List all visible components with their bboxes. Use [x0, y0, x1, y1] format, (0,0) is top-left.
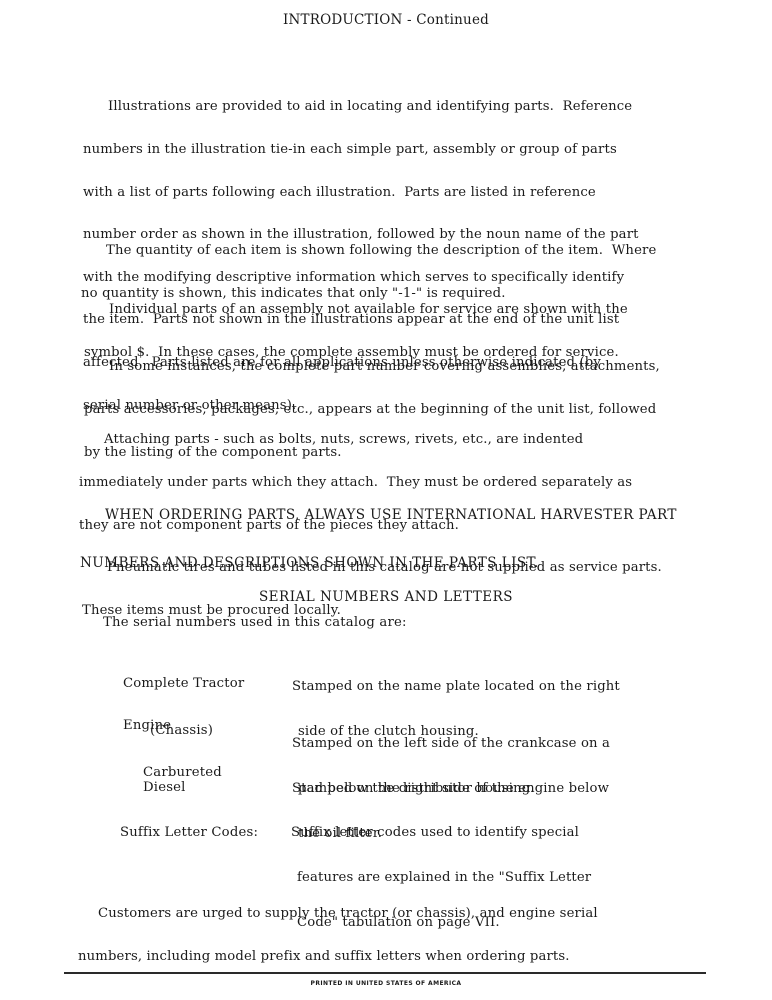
paragraph-customers: Customers are urged to supply the tracto…: [78, 879, 598, 993]
paragraph-line: Illustrations are provided to aid in loc…: [83, 100, 639, 114]
serial-term-suffix-letter-codes: Suffix Letter Codes:: [120, 794, 258, 872]
desc-line: Stamped on the right side of the engine …: [292, 781, 609, 796]
document-page: INTRODUCTION - Continued Illustrations a…: [0, 0, 772, 1000]
paragraph-line: Pneumatic tires and tubes listed in this…: [82, 561, 662, 575]
paragraph-line: Attaching parts - such as bolts, nuts, s…: [79, 433, 632, 447]
paragraph-line: numbers in the illustration tie-in each …: [83, 143, 639, 157]
footer-rule: [64, 972, 706, 974]
paragraph-line: In some instances, the complete part num…: [84, 360, 660, 374]
term-line: Engine: [123, 718, 222, 734]
paragraph-line: Individual parts of an assembly not avai…: [84, 303, 628, 317]
term-line: Suffix Letter Codes:: [120, 825, 258, 841]
paragraph-line: The quantity of each item is shown follo…: [81, 244, 656, 258]
section-title-serial-numbers: SERIAL NUMBERS AND LETTERS: [0, 589, 772, 605]
paragraph-line: numbers, including model prefix and suff…: [78, 950, 598, 964]
paragraph-line: WHEN ORDERING PARTS, ALWAYS USE INTERNAT…: [80, 507, 677, 523]
paragraph-line: with a list of parts following each illu…: [83, 186, 639, 200]
desc-line: Stamped on the left side of the crankcas…: [292, 736, 610, 751]
paragraph-line: Customers are urged to supply the tracto…: [78, 907, 598, 921]
footer-printed-in: PRINTED IN UNITED STATES OF AMERICA: [0, 980, 772, 987]
page-header-title: INTRODUCTION - Continued: [0, 12, 772, 28]
desc-line: Suffix letter codes used to identify spe…: [291, 825, 591, 840]
desc-line: Stamped on the name plate located on the…: [292, 679, 620, 694]
serial-section-intro: The serial numbers used in this catalog …: [103, 615, 407, 630]
